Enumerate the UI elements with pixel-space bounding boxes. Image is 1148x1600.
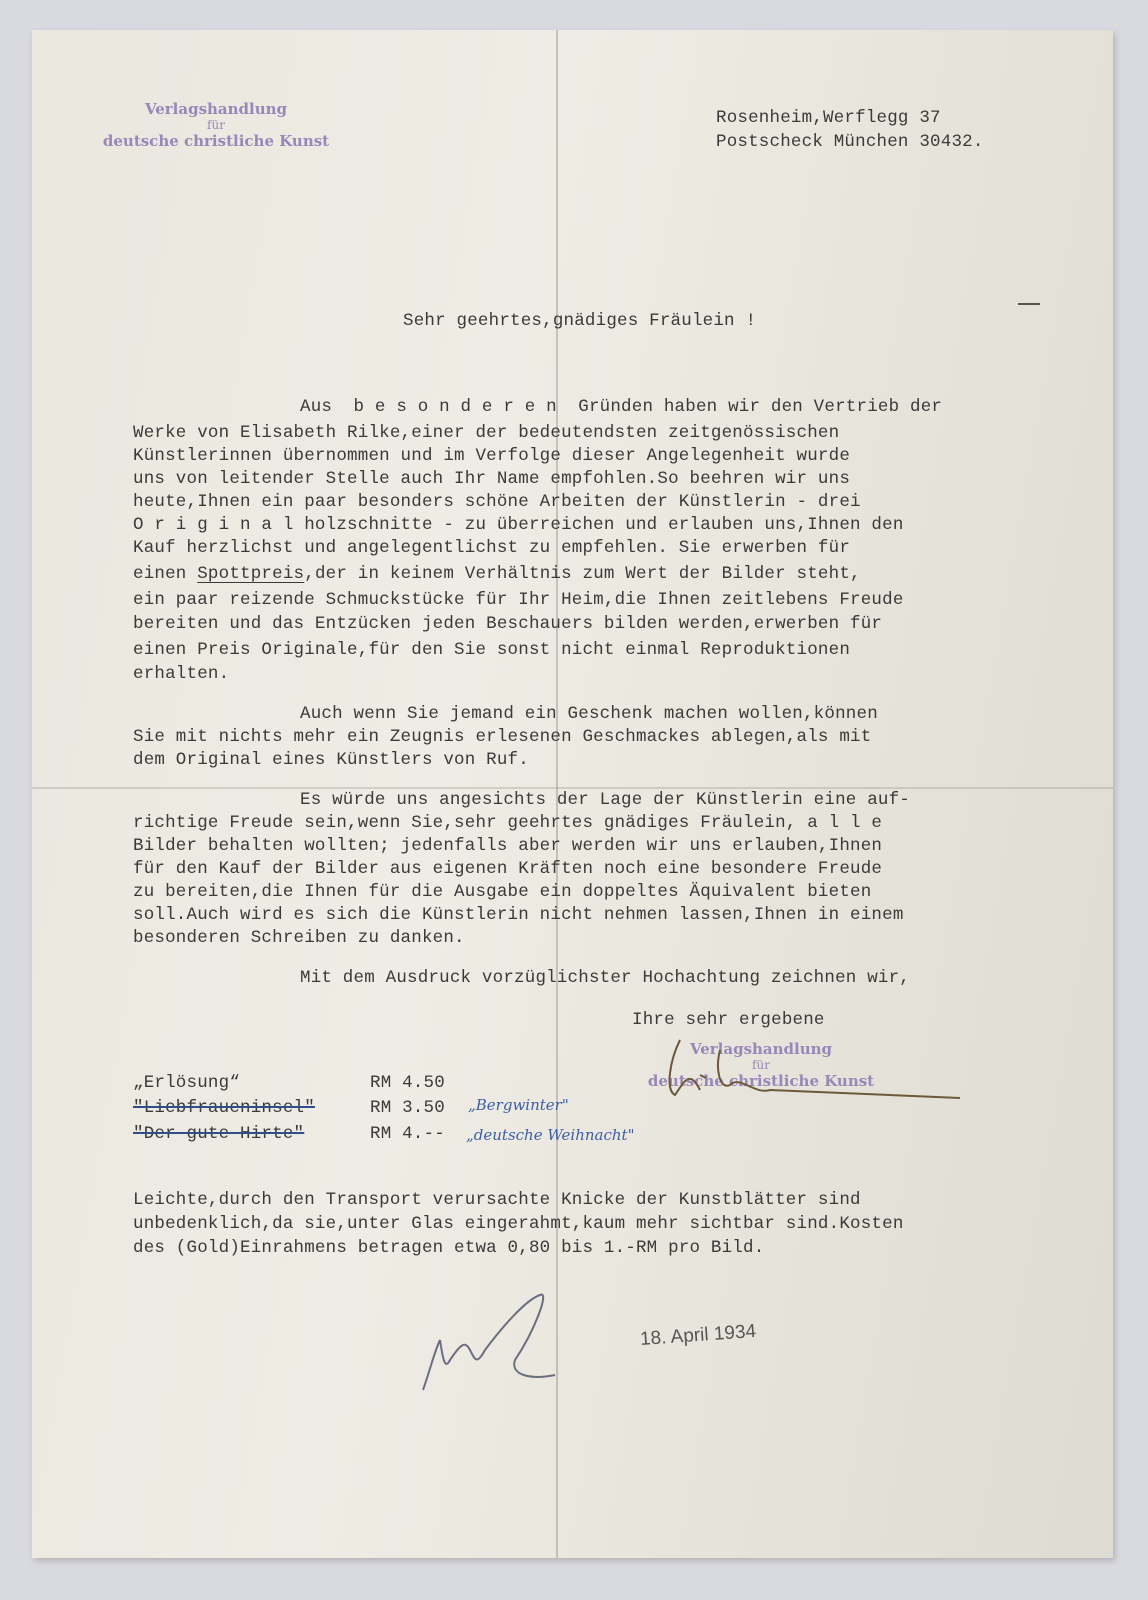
text-line: Aus b e s o n d e r e n Gründen haben wi…: [300, 397, 942, 417]
text-line: einen Spottpreis,der in keinem Verhältni…: [133, 564, 861, 584]
pencil-initials-icon: [415, 1290, 565, 1410]
text-line: des (Gold)Einrahmens betragen etwa 0,80 …: [133, 1238, 764, 1258]
text-line: Sie mit nichts mehr ein Zeugnis erlesene…: [133, 727, 871, 747]
stamp-line-3: deutsche christliche Kunst: [96, 132, 336, 150]
handwritten-annotation: „Bergwinter": [468, 1096, 569, 1114]
price-value: RM 4.--: [370, 1124, 445, 1144]
fold-crease-horizontal: [32, 787, 1113, 789]
price-value: RM 4.50: [370, 1073, 445, 1093]
text-line: Bilder behalten wollten; jedenfalls aber…: [133, 836, 882, 856]
text-line: soll.Auch wird es sich die Künstlerin ni…: [133, 905, 904, 925]
text-line: einen Preis Originale,für den Sie sonst …: [133, 640, 850, 660]
stamp-line-2: für: [96, 118, 336, 132]
publisher-stamp: Verlagshandlung für deutsche christliche…: [96, 100, 336, 150]
text-line: Leichte,durch den Transport verursachte …: [133, 1190, 861, 1210]
text-line: dem Original eines Künstlers von Ruf.: [133, 750, 529, 770]
closing-line: Mit dem Ausdruck vorzüglichster Hochacht…: [300, 968, 910, 988]
address-line-2: Postscheck München 30432.: [716, 132, 984, 152]
price-title: „Erlösung“: [133, 1073, 240, 1093]
ink-mark: [1018, 303, 1040, 305]
text-line: uns von leitender Stelle auch Ihr Name e…: [133, 469, 850, 489]
salutation: Sehr geehrtes,gnädiges Fräulein !: [403, 311, 756, 331]
text-line: O r i g i n a l holzschnitte - zu überre…: [133, 515, 904, 535]
text-line: erhalten.: [133, 664, 229, 684]
price-title-struck: "Liebfraueninsel": [133, 1098, 315, 1118]
text-line: Künstlerinnen übernommen und im Verfolge…: [133, 446, 850, 466]
price-value: RM 3.50: [370, 1098, 445, 1118]
regards-line: Ihre sehr ergebene: [632, 1010, 825, 1030]
stamp-line-1: Verlagshandlung: [96, 100, 336, 118]
signature-icon: [660, 1030, 970, 1110]
text-line: heute,Ihnen ein paar besonders schöne Ar…: [133, 492, 861, 512]
text-line: Werke von Elisabeth Rilke,einer der bede…: [133, 423, 839, 443]
handwritten-annotation: „deutsche Weihnacht": [466, 1126, 634, 1144]
text-line: unbedenklich,da sie,unter Glas eingerahm…: [133, 1214, 904, 1234]
text-line: besonderen Schreiben zu danken.: [133, 928, 465, 948]
text-line: ein paar reizende Schmuckstücke für Ihr …: [133, 590, 904, 610]
text-line: Kauf herzlichst und angelegentlichst zu …: [133, 538, 850, 558]
text-line: richtige Freude sein,wenn Sie,sehr geehr…: [133, 813, 882, 833]
text-fragment: einen: [133, 564, 197, 584]
text-line: zu bereiten,die Ihnen für die Ausgabe ei…: [133, 882, 871, 902]
text-line: bereiten und das Entzücken jeden Beschau…: [133, 614, 882, 634]
price-title-struck: "Der gute Hirte": [133, 1124, 304, 1144]
text-line: Auch wenn Sie jemand ein Geschenk machen…: [300, 704, 878, 724]
address-line-1: Rosenheim,Werflegg 37: [716, 108, 941, 128]
underlined-word: Spottpreis: [197, 564, 304, 584]
text-line: für den Kauf der Bilder aus eigenen Kräf…: [133, 859, 882, 879]
text-line: Es würde uns angesichts der Lage der Kün…: [300, 790, 910, 810]
text-fragment: ,der in keinem Verhältnis zum Wert der B…: [304, 564, 861, 584]
